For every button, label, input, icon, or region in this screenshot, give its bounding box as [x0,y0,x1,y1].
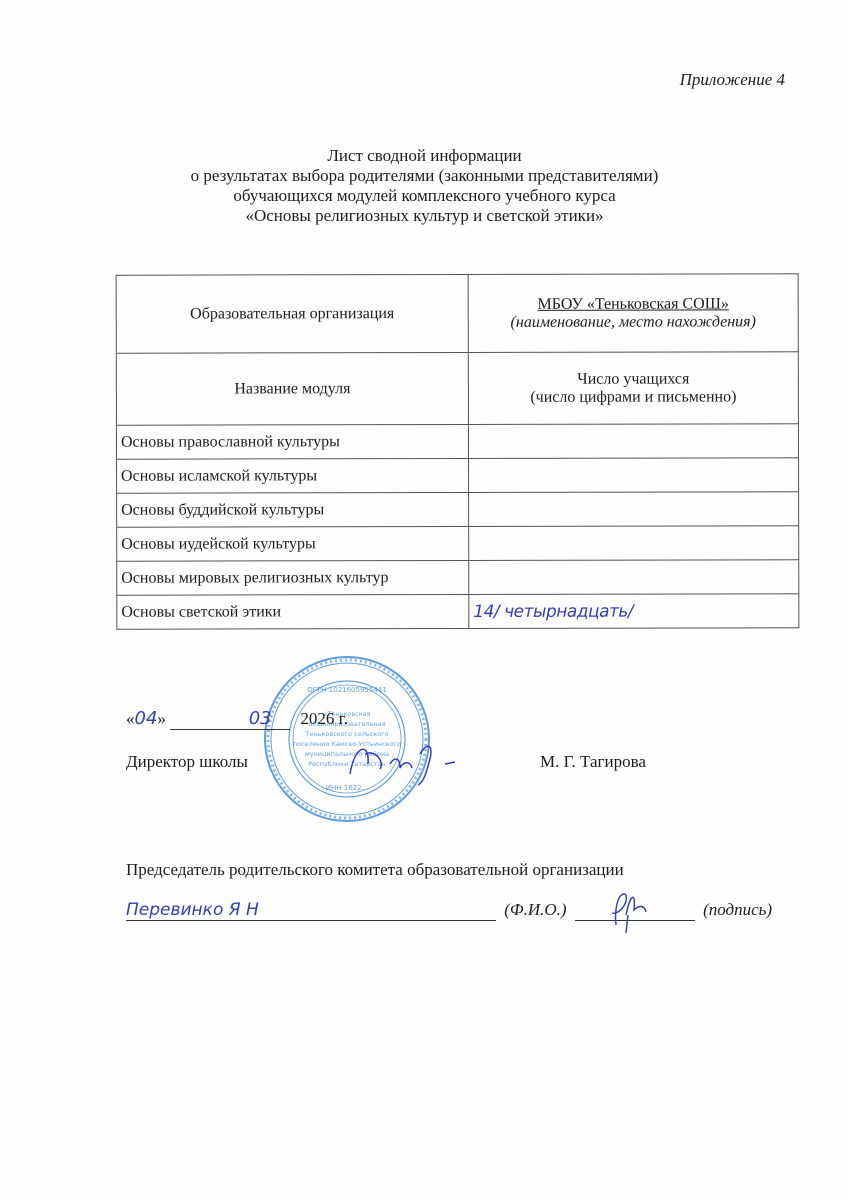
module-name: Основы буддийской культуры [117,492,469,527]
column-header-count: Число учащихся (число цифрами и письменн… [468,352,798,425]
date-line: «04» 03 2026 г. [126,708,348,730]
chair-fio-row: Перевинко Я Н (Ф.И.О.) (подпись) [126,900,806,921]
date-year: 2026 г. [300,709,348,728]
table-row: Основы иудейской культуры [117,526,799,561]
module-count [469,492,799,527]
chair-name-field: Перевинко Я Н [126,900,496,921]
signature-icon [598,885,658,935]
module-count [469,458,799,493]
summary-table: Образовательная организация МБОУ «Тенько… [116,273,800,629]
table-row: Основы светской этики 14/ четырнадцать/ [117,594,799,629]
module-count-handwritten: 14/ четырнадцать/ [469,594,799,629]
table-row: Основы православной культуры [116,424,798,459]
count-header-line-2: (число цифрами и письменно) [473,388,794,407]
title-line-4: «Основы религиозных культур и светской э… [0,206,849,226]
count-header-line-1: Число учащихся [473,370,794,389]
org-value-cell: МБОУ «Теньковская СОШ» (наименование, ме… [468,274,798,353]
org-name: МБОУ «Теньковская СОШ» [473,295,794,314]
title-line-3: обучающихся модулей комплексного учебног… [0,186,849,206]
module-count [469,560,799,595]
chair-label: Председатель родительского комитета обра… [126,860,624,880]
title-line-1: Лист сводной информации [0,146,849,166]
table-row-organization: Образовательная организация МБОУ «Тенько… [116,274,798,353]
title-line-2: о результатах выбора родителями (законны… [0,166,849,186]
org-label-cell: Образовательная организация [116,274,468,353]
column-header-module: Название модуля [116,352,468,425]
appendix-label: Приложение 4 [680,70,785,90]
module-name: Основы исламской культуры [117,458,469,493]
module-name: Основы иудейской культуры [117,526,469,561]
document-title: Лист сводной информации о результатах вы… [0,146,849,226]
date-month: 03 [189,708,272,729]
signature-icon [330,734,500,794]
director-name: М. Г. Тагирова [540,752,646,772]
date-month-field: 03 [170,708,290,730]
date-quote-close: » [157,709,166,728]
table-row: Основы исламской культуры [117,458,799,493]
module-count [468,424,798,459]
fio-label: (Ф.И.О.) [504,900,566,919]
chair-signature [598,885,658,940]
module-name: Основы православной культуры [116,424,468,459]
module-name: Основы мировых религиозных культур [117,560,469,595]
signature-label: (подпись) [703,900,772,919]
table-row: Основы буддийской культуры [117,492,799,527]
table-header-row: Название модуля Число учащихся (число ци… [116,352,798,425]
director-label: Директор школы [126,752,248,772]
date-day: 04 [135,708,158,729]
table-row: Основы мировых религиозных культур [117,560,799,595]
module-name: Основы светской этики [117,594,469,629]
director-signature [330,734,500,799]
org-note: (наименование, место нахождения) [473,313,794,332]
svg-text:ОГРН 1021605955441: ОГРН 1021605955441 [307,686,386,694]
chair-name-handwritten: Перевинко Я Н [126,900,259,920]
module-count [469,526,799,561]
date-quote-open: « [126,709,135,728]
